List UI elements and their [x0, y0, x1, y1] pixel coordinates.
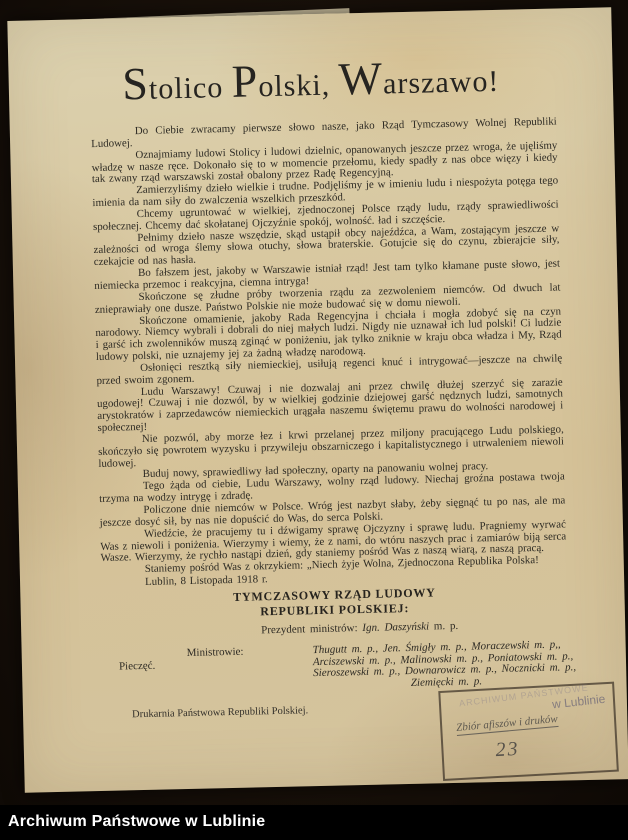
scanned-proclamation-page: Stolico Polski, Warszawo! Do Ciebie zwra… — [7, 7, 628, 793]
handwritten-note: Zbiór afiszów i druków — [456, 713, 559, 736]
archive-stamp: ARCHIWUM PAŃSTWOWE w Lublinie Zbiór afis… — [438, 682, 619, 781]
archive-footer-label: Archiwum Państwowe w Lublinie — [0, 805, 628, 838]
handwritten-number: 23 — [495, 738, 520, 762]
archive-footer-bar: Archiwum Państwowe w Lublinie — [0, 805, 628, 840]
proclamation-body: Do Ciebie zwracamy pierwsze słowo nasze,… — [91, 117, 567, 578]
president-label: Prezydent ministrów: — [261, 622, 358, 636]
ministers-label: Ministrowie: — [187, 647, 244, 660]
seal-label: Pieczęć. — [119, 661, 156, 674]
president-line: Prezydent ministrów: Ign. Daszyński m. p… — [261, 618, 568, 637]
page-title: Stolico Polski, Warszawo! — [8, 51, 613, 115]
president-suffix: m. p. — [434, 620, 459, 633]
ministers-names: Thugutt m. p., Jen. Śmigły m. p., Moracz… — [269, 639, 580, 692]
president-name: Ign. Daszyński — [362, 621, 429, 635]
